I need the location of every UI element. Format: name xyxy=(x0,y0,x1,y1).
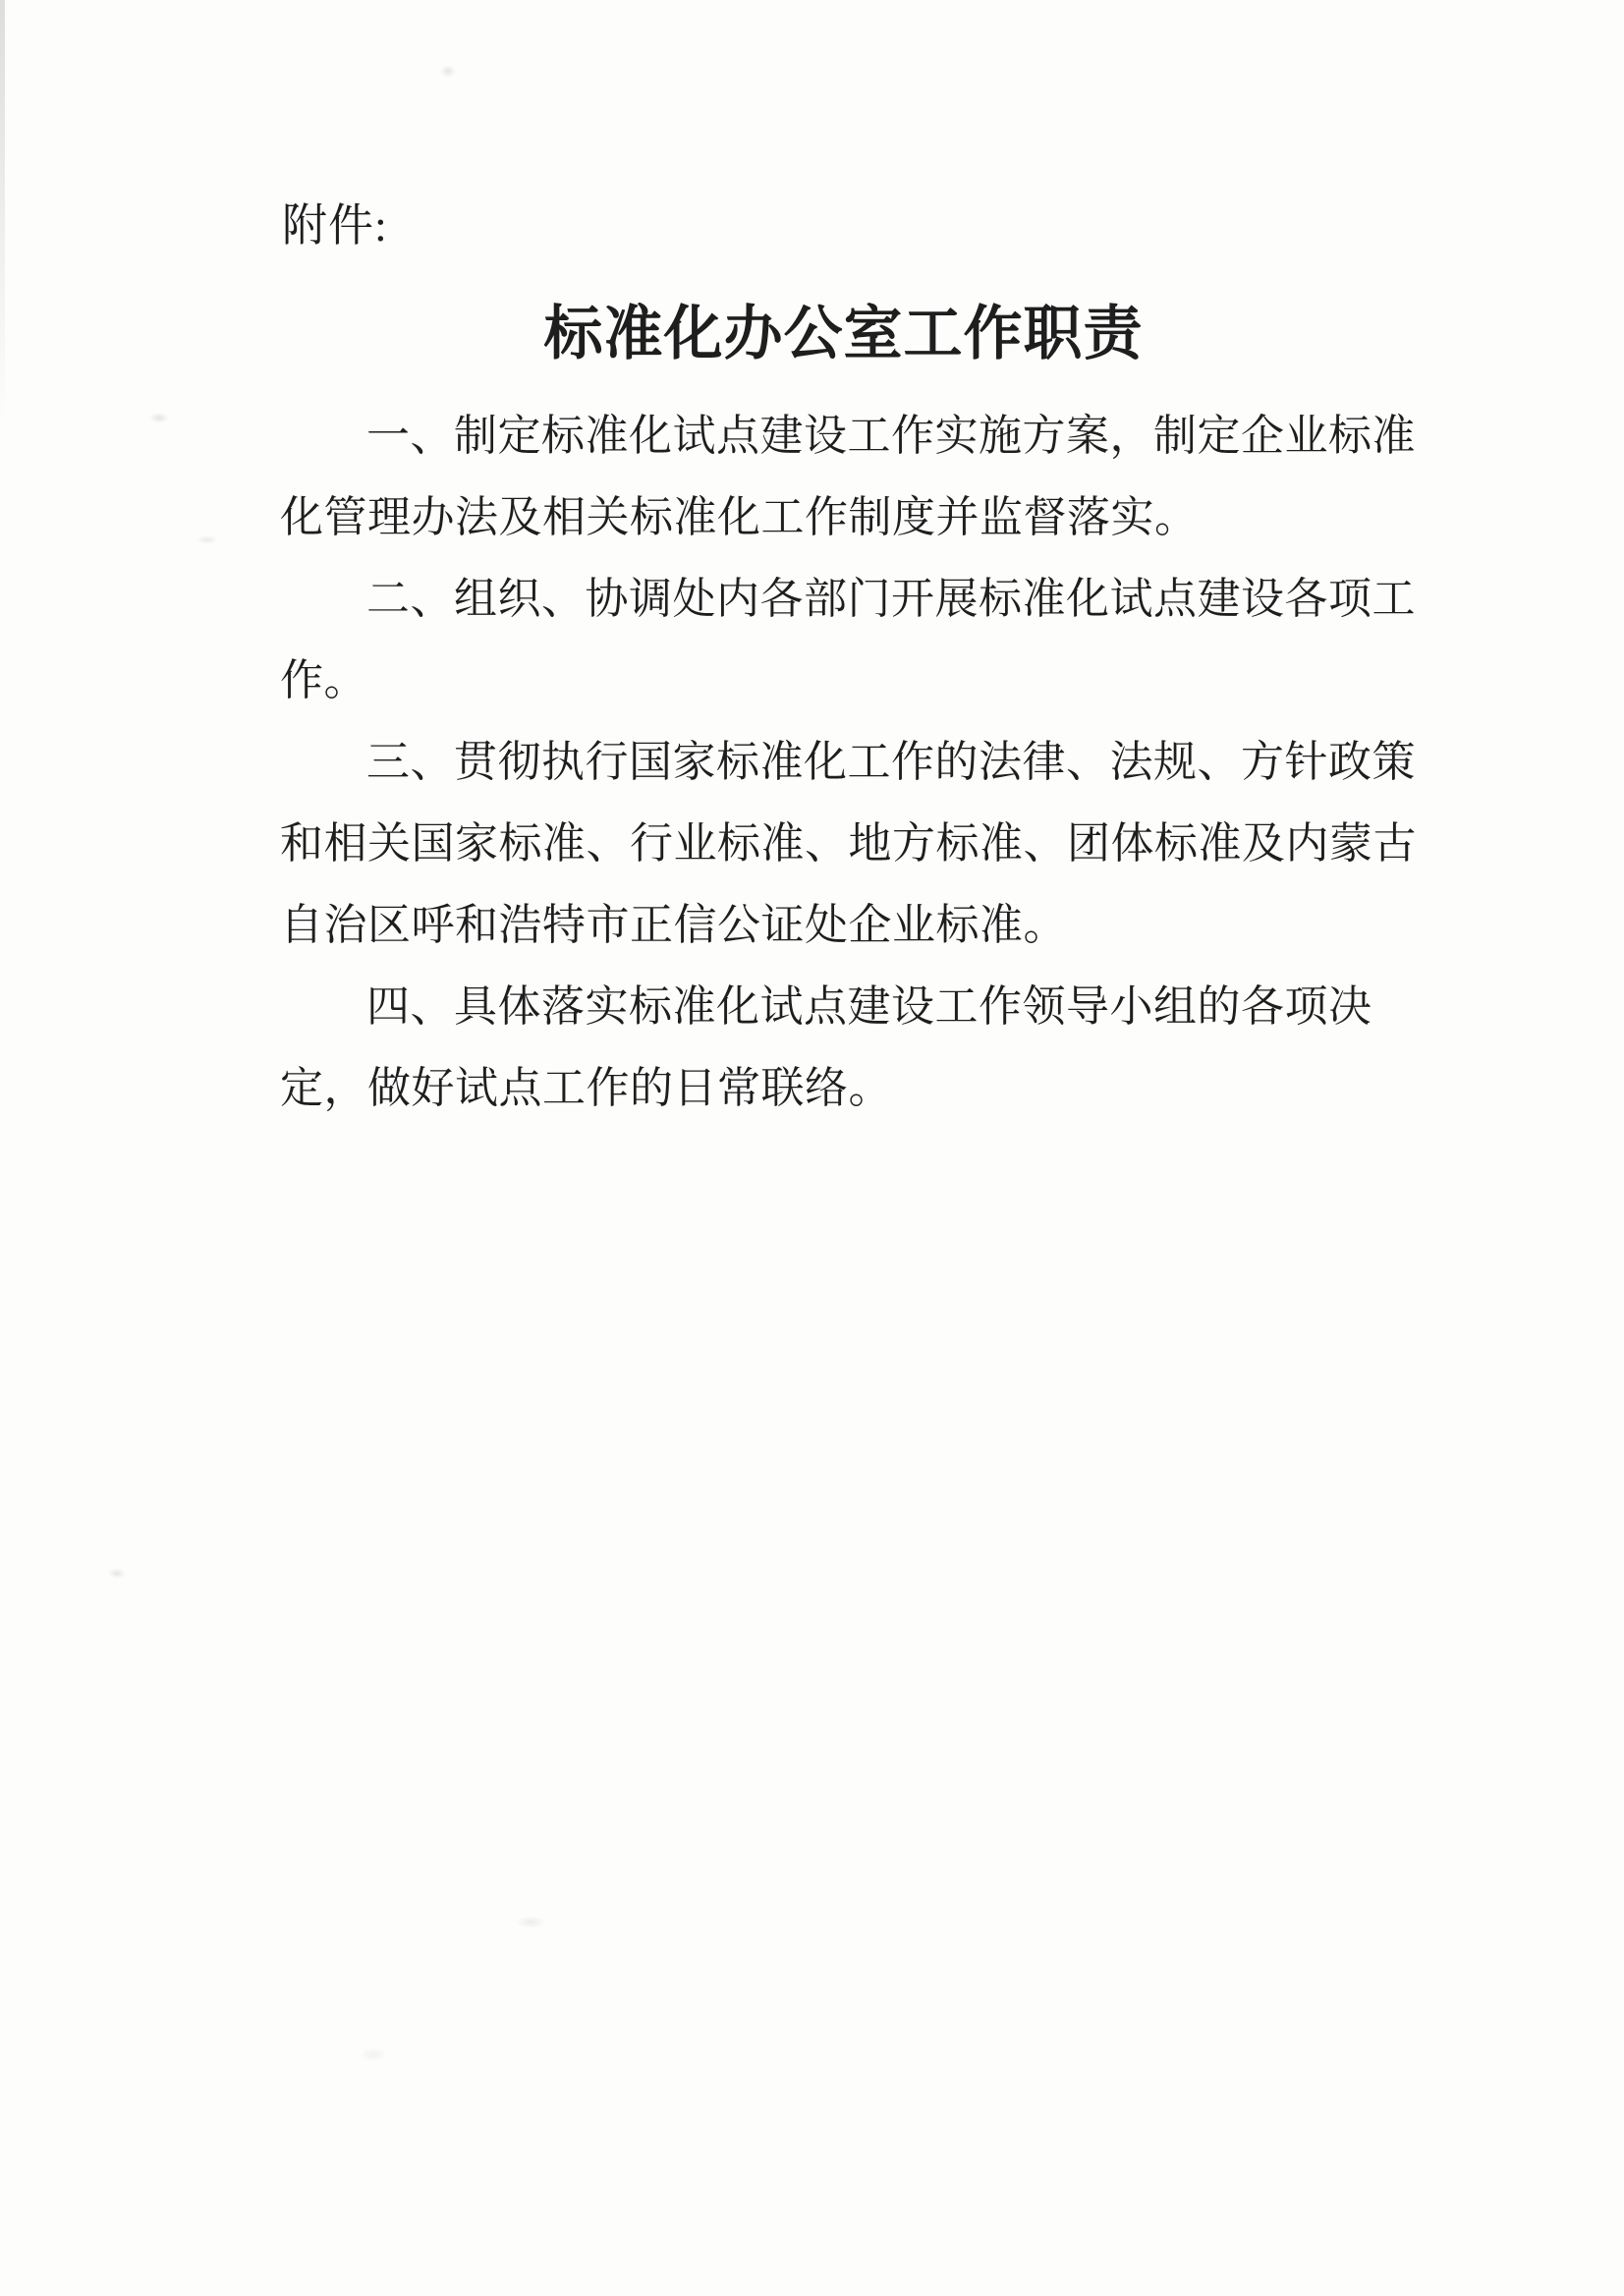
text-line: 和相关国家标准、行业标准、地方标准、团体标准及内蒙古 xyxy=(280,803,1407,884)
scan-edge-artifact xyxy=(0,0,5,422)
attachment-label: 附件: xyxy=(282,203,388,249)
paragraph-4: 四、具体落实标准化试点建设工作领导小组的各项决 定，做好试点工作的日常联络。 xyxy=(280,966,1407,1129)
scan-speck xyxy=(440,65,456,78)
text-line: 化管理办法及相关标准化工作制度并监督落实。 xyxy=(280,476,1407,558)
document-title: 标准化办公室工作职责 xyxy=(280,295,1407,373)
document-body: 一、制定标准化试点建设工作实施方案，制定企业标准 化管理办法及相关标准化工作制度… xyxy=(280,395,1407,1129)
text-line: 四、具体落实标准化试点建设工作领导小组的各项决 xyxy=(280,966,1407,1047)
paragraph-2: 二、组织、协调处内各部门开展标准化试点建设各项工 作。 xyxy=(280,558,1407,721)
text-line: 作。 xyxy=(280,640,1407,721)
scan-speck xyxy=(196,535,218,544)
scan-speck xyxy=(515,1916,546,1929)
text-line: 二、组织、协调处内各部门开展标准化试点建设各项工 xyxy=(280,558,1407,640)
scan-speck xyxy=(360,2047,387,2062)
paragraph-1: 一、制定标准化试点建设工作实施方案，制定企业标准 化管理办法及相关标准化工作制度… xyxy=(280,395,1407,558)
scanned-document-page: 附件: 标准化办公室工作职责 一、制定标准化试点建设工作实施方案，制定企业标准 … xyxy=(0,0,1624,2296)
scan-speck xyxy=(149,413,169,423)
text-line: 定，做好试点工作的日常联络。 xyxy=(280,1047,1407,1129)
text-line: 三、贯彻执行国家标准化工作的法律、法规、方针政策 xyxy=(280,721,1407,803)
text-line: 一、制定标准化试点建设工作实施方案，制定企业标准 xyxy=(280,395,1407,476)
text-line: 自治区呼和浩特市正信公证处企业标准。 xyxy=(280,884,1407,966)
paragraph-3: 三、贯彻执行国家标准化工作的法律、法规、方针政策 和相关国家标准、行业标准、地方… xyxy=(280,721,1407,966)
scan-speck xyxy=(108,1568,126,1579)
